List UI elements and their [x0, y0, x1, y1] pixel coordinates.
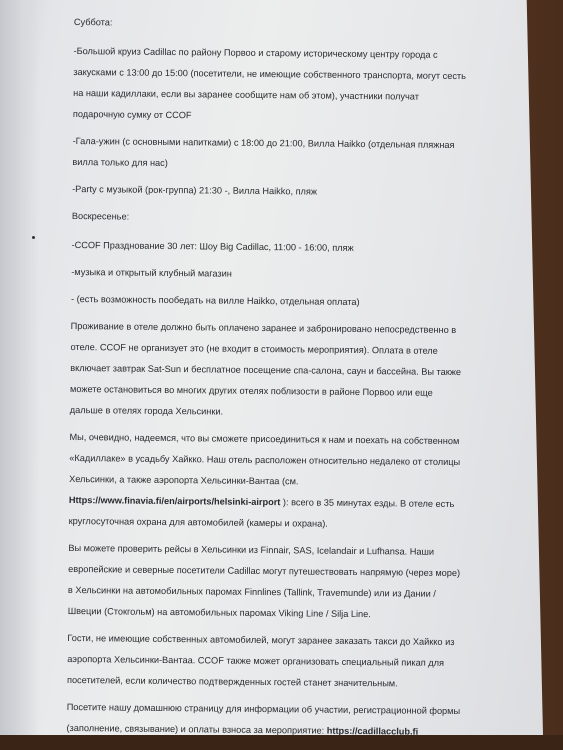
- flights-paragraph: Вы можете проверить рейсы в Хельсинки из…: [68, 538, 509, 627]
- saturday-heading: Суббота:: [74, 12, 514, 38]
- page-curl-shadow: [0, 0, 40, 735]
- saturday-item-gala: -Гала-ужин (с основными напитками) с 18:…: [72, 131, 512, 178]
- sunday-heading: Воскресенье:: [72, 206, 512, 232]
- wooden-table-edge: [0, 735, 563, 750]
- sunday-item-lunch: - (есть возможность пообедать на вилле H…: [71, 289, 511, 315]
- airport-link[interactable]: Https://www.finavia.fi/en/airports/helsi…: [69, 495, 281, 507]
- document-body: Суббота: -Большой круиз Cadillac по райо…: [66, 12, 514, 750]
- guests-paragraph: Гости, не имеющие собственных автомобиле…: [67, 628, 508, 696]
- accommodation-paragraph: Проживание в отеле должно быть оплачено …: [70, 316, 511, 426]
- sunday-item-music: -музыка и открытый клубный магазин: [71, 262, 511, 288]
- sunday-item-show: -CCOF Празднование 30 лет: Шоу Big Cadil…: [71, 235, 511, 261]
- paper-speck: [32, 236, 35, 239]
- paper-sheet: Суббота: -Большой круиз Cadillac по райо…: [0, 0, 543, 735]
- travel-paragraph: Мы, очевидно, надеемся, что вы сможете п…: [69, 427, 510, 537]
- saturday-item-cruise: -Большой круиз Cadillac по району Порвоо…: [73, 41, 514, 130]
- saturday-item-party: -Party с музыкой (рок-группа) 21:30 -, В…: [72, 179, 512, 205]
